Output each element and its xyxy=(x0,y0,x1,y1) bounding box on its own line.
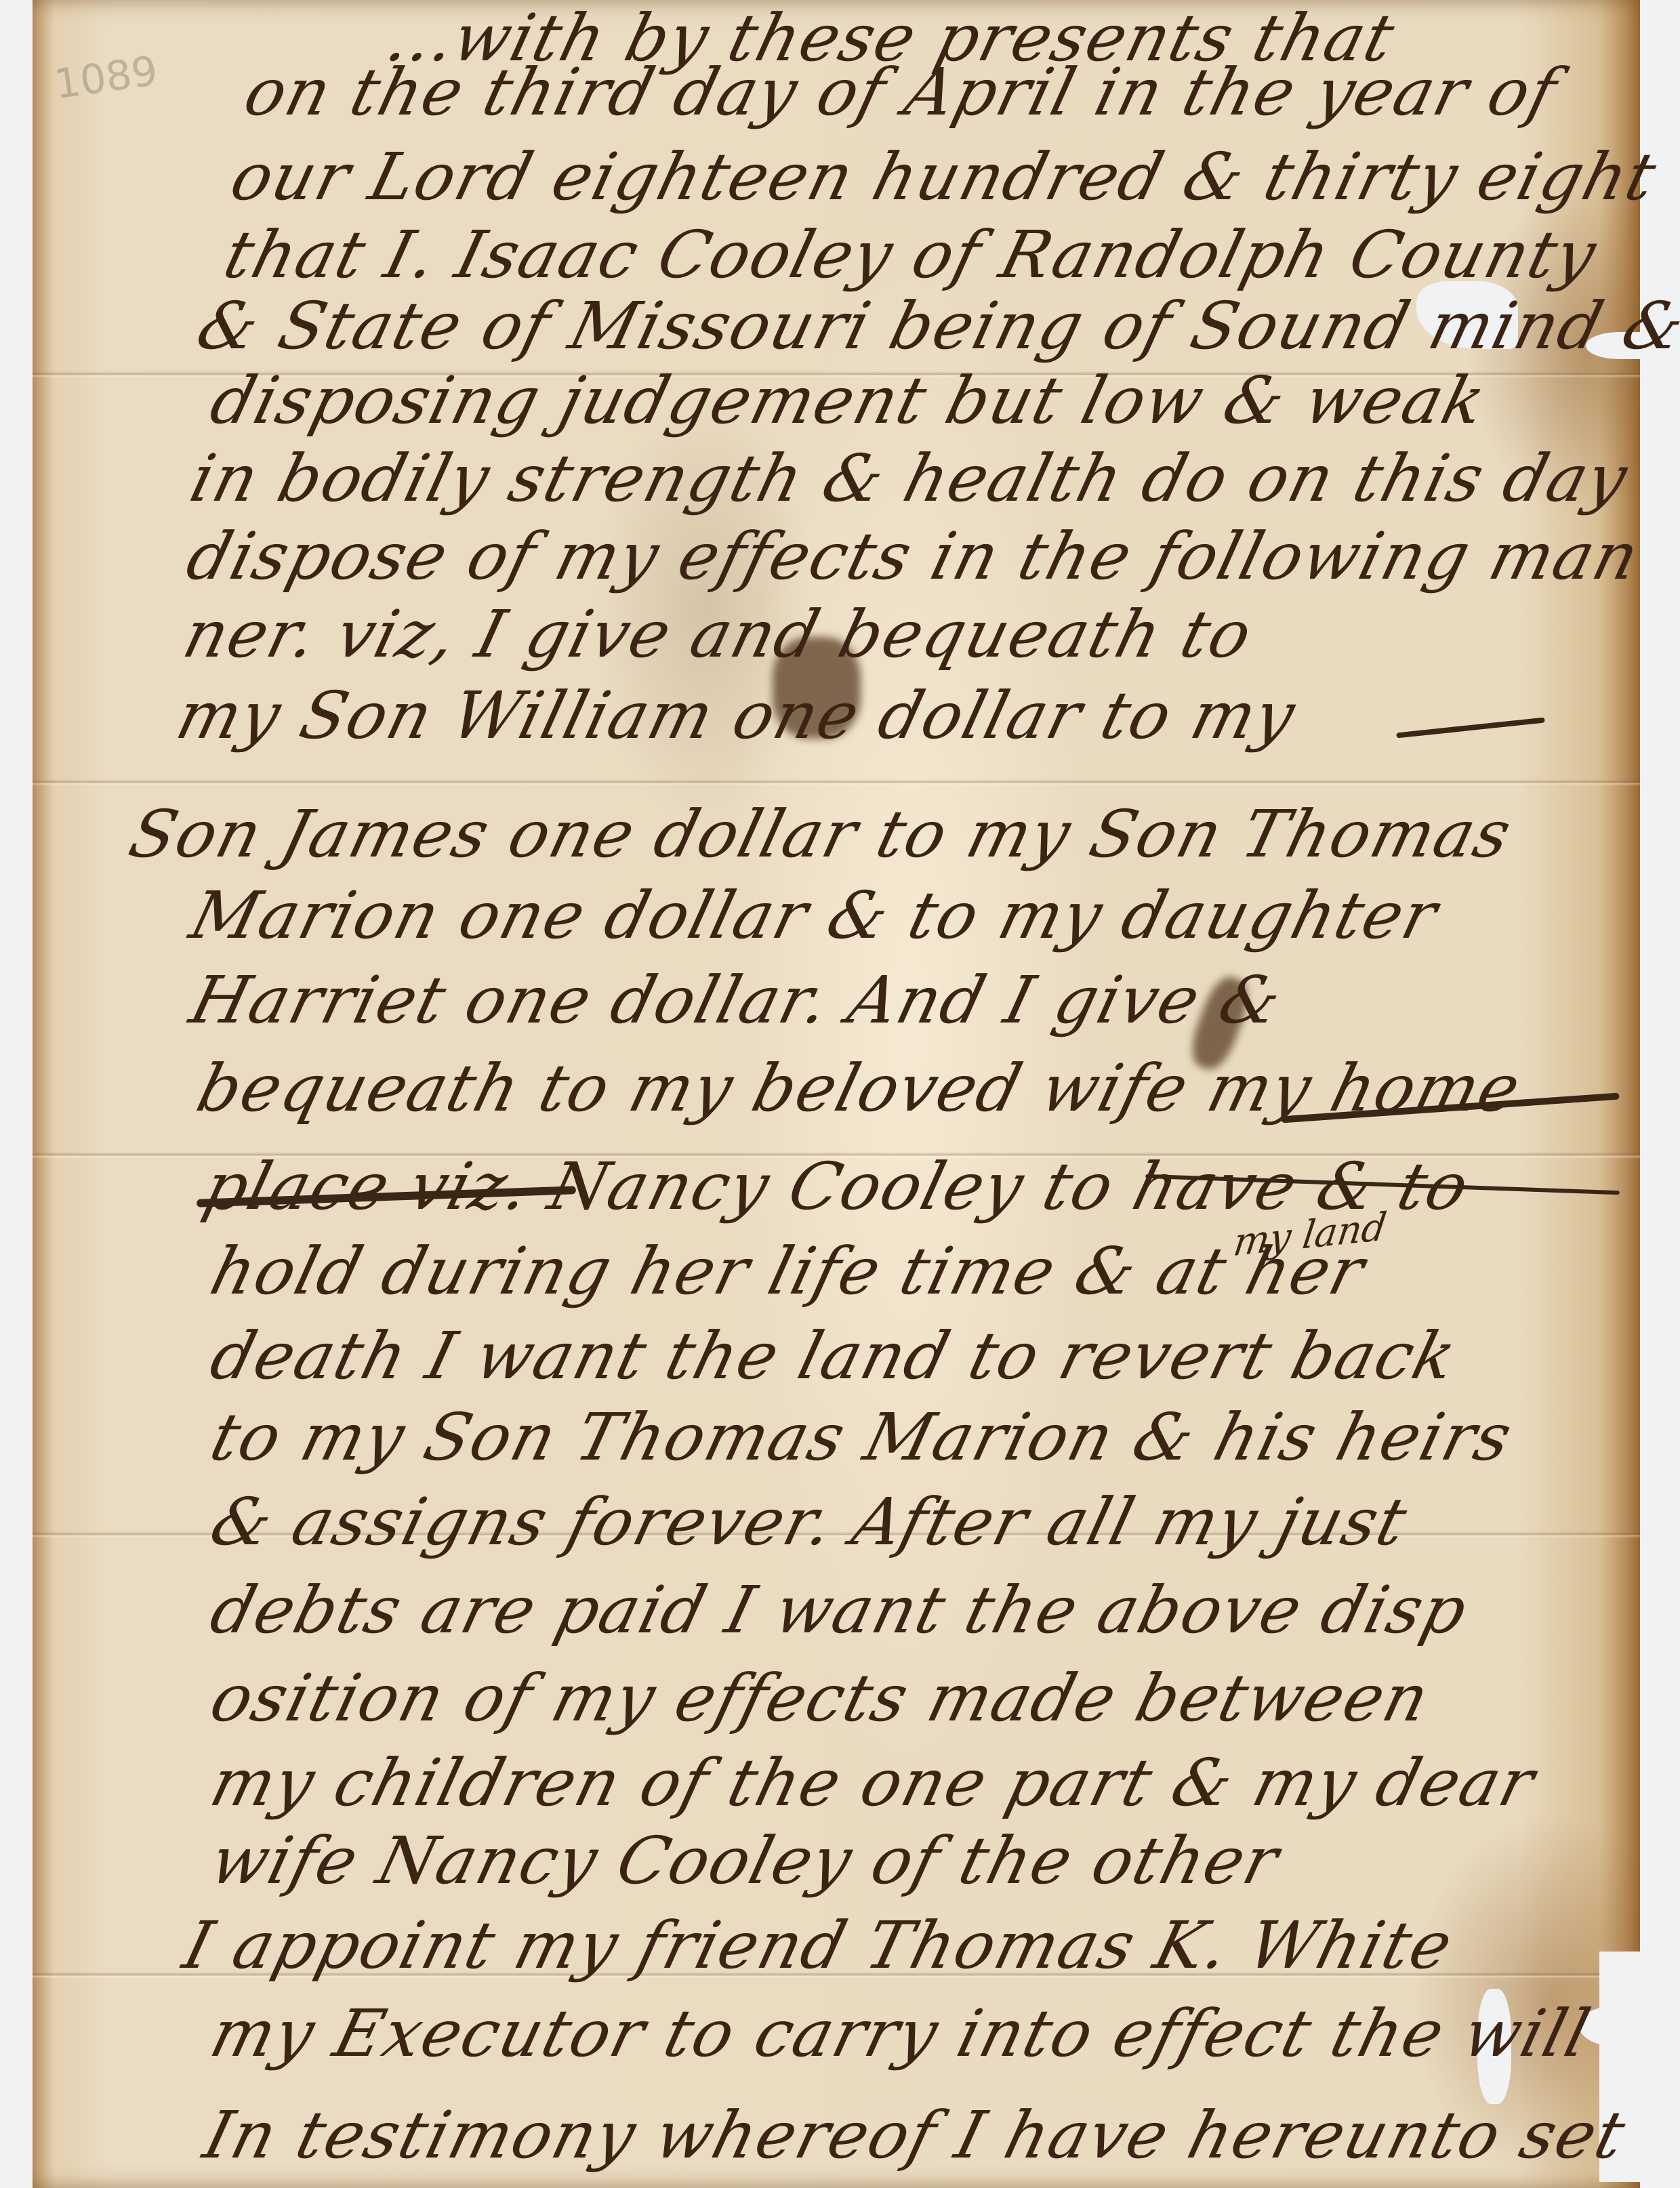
text-line: I appoint my friend Thomas K. White xyxy=(176,1907,1460,1983)
text-line: on the third day of April in the year of xyxy=(237,54,1565,130)
text-line: dispose of my effects in the following m… xyxy=(180,518,1647,594)
text-line: disposing judgement but low & weak xyxy=(203,363,1494,438)
text-line: place viz. Nancy Cooley to have & to xyxy=(197,1149,1477,1224)
text-line: In testimony whereof I have hereunto set xyxy=(197,2097,1634,2173)
text-line: & State of Missouri being of Sound mind … xyxy=(190,288,1680,364)
text-line: debts are paid I want the above disp xyxy=(203,1572,1475,1648)
text-line: Marion one dollar & to my daughter xyxy=(183,878,1446,953)
text-line: death I want the land to revert back xyxy=(203,1318,1464,1394)
text-line: our Lord eighteen hundred & thirty eight xyxy=(224,139,1664,215)
text-line: to my Son Thomas Marion & his heirs xyxy=(203,1399,1520,1475)
text-line: in bodily strength & health do on this d… xyxy=(183,440,1636,516)
text-line: ner. viz, I give and bequeath to xyxy=(176,596,1261,672)
fold-crease xyxy=(27,779,1640,786)
text-line: Son James one dollar to my Son Thomas xyxy=(122,796,1519,872)
text-line: wife Nancy Cooley of the other xyxy=(203,1823,1287,1899)
text-line: osition of my effects made between xyxy=(203,1660,1437,1736)
text-line: my children of the one part & my dear xyxy=(203,1745,1543,1821)
text-line: Harriet one dollar. And I give & xyxy=(183,962,1290,1038)
text-line: that I. Isaac Cooley of Randolph County xyxy=(217,217,1605,293)
text-line: hold during her life time & at her xyxy=(203,1233,1373,1309)
text-line: & assigns forever. After all my just xyxy=(203,1484,1415,1560)
text-line: my Executor to carry into effect the wil… xyxy=(203,1996,1599,2071)
scan-margin xyxy=(0,0,33,2188)
text-line: my Son William one dollar to my xyxy=(169,678,1304,754)
